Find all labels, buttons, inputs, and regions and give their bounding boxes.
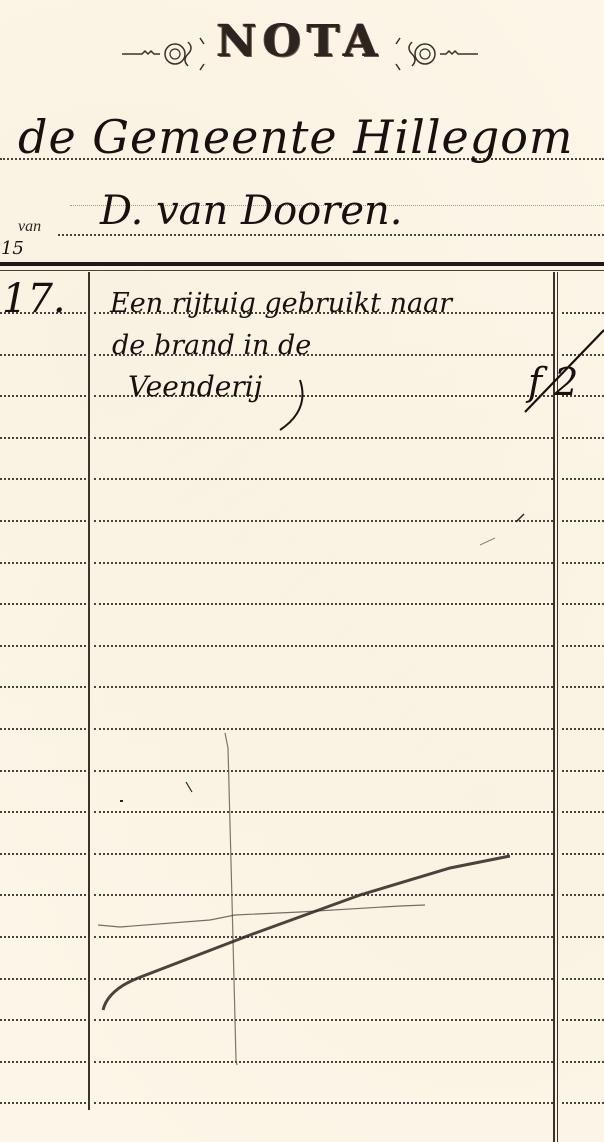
- ledger-row-line: [562, 437, 604, 439]
- ledger-row-line: [0, 1102, 86, 1104]
- ledger-row-line: [0, 686, 86, 688]
- ledger-row-line: [94, 936, 553, 938]
- ledger-row-line: [562, 686, 604, 688]
- ledger-row-line: [562, 645, 604, 647]
- ledger-row-line: [0, 603, 86, 605]
- date-column-divider: [88, 272, 90, 1110]
- ledger-row-line: [562, 978, 604, 980]
- ledger-row-line: [562, 354, 604, 356]
- ledger-row-line: [0, 853, 86, 855]
- from-handwriting: D. van Dooren.: [100, 188, 403, 234]
- ledger-row-line: [94, 645, 553, 647]
- ledger-row-line: [0, 395, 86, 397]
- ledger-row-line: [0, 645, 86, 647]
- ledger-row-line: [94, 562, 553, 564]
- from-dotted-line: [58, 234, 604, 236]
- ledger-row-line: [0, 770, 86, 772]
- ledger-row-line: [562, 520, 604, 522]
- ledger-row-line: [94, 478, 553, 480]
- header-thick-rule: [0, 262, 604, 266]
- ledger-row-line: [562, 1061, 604, 1063]
- ledger-row-line: [562, 894, 604, 896]
- document-title: NOTA: [216, 20, 383, 64]
- ledger-row-line: [0, 936, 86, 938]
- addressee-handwriting: de Gemeente Hillegom: [18, 110, 574, 164]
- ledger-row-line: [94, 520, 553, 522]
- from-label: van: [18, 218, 41, 236]
- ledger-row-line: [562, 1019, 604, 1021]
- ledger-row-line: [0, 437, 86, 439]
- ledger-row-line: [94, 437, 553, 439]
- ledger-row-line: [94, 853, 553, 855]
- ledger-row-line: [562, 478, 604, 480]
- ledger-row-line: [562, 603, 604, 605]
- ledger-row-line: [94, 1061, 553, 1063]
- ledger-row-line: [94, 770, 553, 772]
- ledger-row-line: [562, 936, 604, 938]
- ledger-row-line: [94, 894, 553, 896]
- ledger-row-line: [94, 728, 553, 730]
- ledger-row-line: [562, 312, 604, 314]
- document-header: NOTA: [120, 14, 480, 70]
- ledger-row-line: [94, 811, 553, 813]
- ledger-row-line: [562, 853, 604, 855]
- entry-description-line-1: Een rijtuig gebruikt naar: [110, 288, 452, 319]
- ledger-row-line: [0, 354, 86, 356]
- ledger-row-line: [94, 686, 553, 688]
- ledger-row-line: [562, 562, 604, 564]
- ledger-row-line: [94, 603, 553, 605]
- ledger-row-line: [562, 811, 604, 813]
- ledger-row-line: [0, 811, 86, 813]
- entry-description-line-2: de brand in de: [112, 330, 311, 361]
- ledger-row-line: [0, 978, 86, 980]
- ledger-row-line: [0, 1061, 86, 1063]
- flourish-left-icon: [120, 34, 230, 74]
- ledger-row-line: [0, 520, 86, 522]
- ledger-row-line: [562, 728, 604, 730]
- ledger-row-line: [0, 1019, 86, 1021]
- ledger-row-line: [94, 1019, 553, 1021]
- ledger-row-line: [94, 1102, 553, 1104]
- entry-amount: f 2: [528, 360, 578, 404]
- ledger-row-line: [0, 478, 86, 480]
- ledger-row-line: [562, 770, 604, 772]
- entry-date: 17.: [2, 276, 66, 322]
- ledger-row-line: [94, 978, 553, 980]
- ledger-row-line: [0, 894, 86, 896]
- ledger-row-line: [0, 728, 86, 730]
- paper-background: [0, 0, 604, 1142]
- header-thin-rule: [0, 270, 604, 271]
- entry-description-line-3: Veenderij: [128, 370, 262, 403]
- year-fragment: '15: [0, 238, 24, 259]
- ledger-row-line: [562, 1102, 604, 1104]
- ledger-row-line: [0, 562, 86, 564]
- flourish-right-icon: [370, 34, 480, 74]
